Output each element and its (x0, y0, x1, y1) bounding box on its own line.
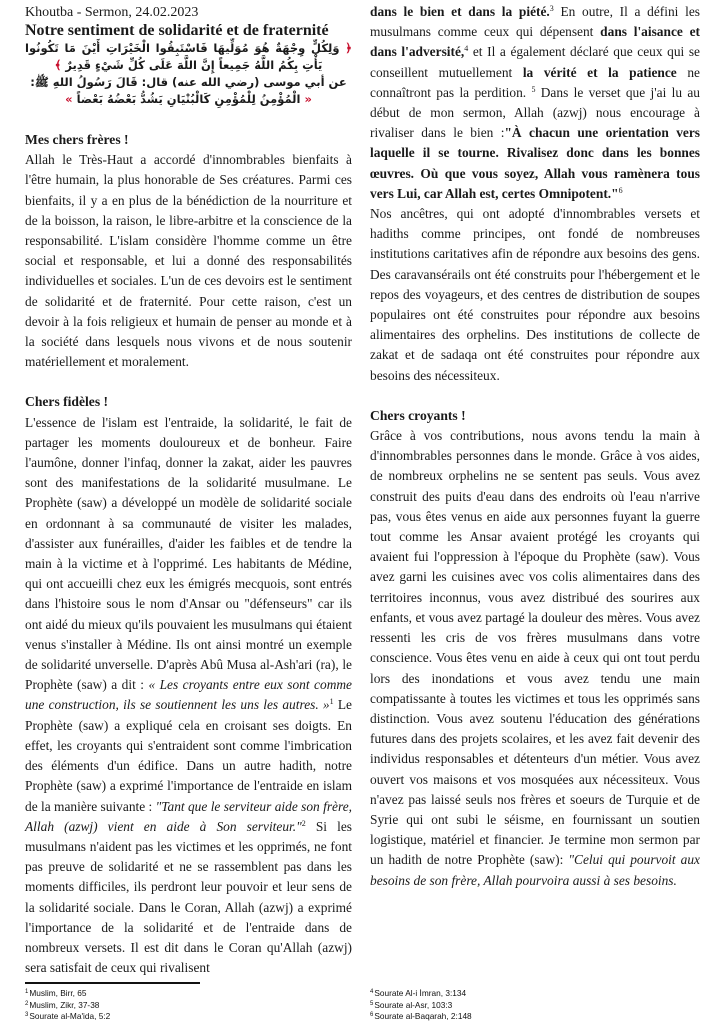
footnote-separator (25, 982, 200, 984)
section-heading-1: Mes chers frères ! (25, 130, 352, 150)
footnote-3: 3Sourate al-Ma'ida, 5:2 (25, 1011, 110, 1023)
emphasis-verite-patience: la vérité et la patience (523, 65, 677, 80)
section-3-paragraph: Grâce à vos contributions, nous avons te… (370, 426, 700, 891)
section-2-paragraph: L'essence de l'islam est l'entraide, la … (25, 413, 352, 979)
sermon-page: Khoutba - Sermon, 24.02.2023 Notre senti… (0, 0, 724, 1024)
text-run: Si les musulmans n'aident pas les victim… (25, 819, 352, 975)
section-heading-2: Chers fidèles ! (25, 392, 352, 412)
document-title: Notre sentiment de solidarité et de frat… (25, 22, 352, 40)
footnote-text: Muslim, Zikr, 37-38 (29, 1000, 99, 1010)
section-2-continued: dans le bien et dans la piété.3 En outre… (370, 2, 700, 204)
footnotes-right: 4Sourate Al-i İmran, 3:134 5Sourate al-A… (370, 988, 472, 1023)
footnote-text: Sourate Al-i İmran, 3:134 (374, 988, 466, 998)
footnote-4: 4Sourate Al-i İmran, 3:134 (370, 988, 472, 1000)
footnote-number: 6 (370, 1012, 373, 1018)
footnote-text: Sourate al-Asr, 103:3 (374, 1000, 452, 1010)
footnote-5: 5Sourate al-Asr, 103:3 (370, 1000, 472, 1012)
footnote-number: 2 (25, 1001, 28, 1007)
footnote-number: 3 (25, 1012, 28, 1018)
verse-bracket-close: ﴾ (55, 58, 62, 72)
footnote-ref-6[interactable]: 6 (619, 186, 623, 195)
text-run: Grâce à vos contributions, nous avons te… (370, 428, 700, 867)
hadith-intro: عن أبي موسى (رضي الله عنه) قال: قَالَ رَ… (25, 74, 352, 91)
footnote-number: 4 (370, 989, 373, 995)
section-heading-3: Chers croyants ! (370, 406, 700, 426)
section-1-paragraph: Allah le Très-Haut a accordé d'innombrab… (25, 150, 352, 372)
verse-text: وَلِكُلٍّ وِجْهَةٌ هُوَ مُوَلِّيهَا فَاس… (25, 41, 339, 72)
hadith-text: الْمُؤْمِنُ لِلْمُؤْمِنِ كَالْبُنْيَانِ … (77, 92, 301, 106)
footnote-1: 1Muslim, Birr, 65 (25, 988, 110, 1000)
footnote-number: 1 (25, 989, 28, 995)
footnote-text: Sourate al-Baqarah, 2:148 (374, 1011, 471, 1021)
verse-bracket-open: ﴿ (345, 41, 352, 55)
document-header: Khoutba - Sermon, 24.02.2023 (25, 4, 352, 21)
hadith-quote-close: » (65, 92, 72, 106)
text-run: L'essence de l'islam est l'entraide, la … (25, 415, 352, 693)
emphasis-bien-piete: dans le bien et dans la piété. (370, 4, 550, 19)
text-run: Le Prophète (saw) a expliqué cela en cro… (25, 697, 352, 813)
footnote-number: 5 (370, 1001, 373, 1007)
ancestors-paragraph: Nos ancêtres, qui ont adopté d'innombrab… (370, 204, 700, 386)
hadith-quote-open: « (304, 92, 311, 106)
footnote-2: 2Muslim, Zikr, 37-38 (25, 1000, 110, 1012)
footnote-text: Muslim, Birr, 65 (29, 988, 86, 998)
footnote-text: Sourate al-Ma'ida, 5:2 (29, 1011, 110, 1021)
footnotes-left: 1Muslim, Birr, 65 2Muslim, Zikr, 37-38 3… (25, 988, 110, 1023)
footnote-6: 6Sourate al-Baqarah, 2:148 (370, 1011, 472, 1023)
arabic-verse: ﴿ وَلِكُلٍّ وِجْهَةٌ هُوَ مُوَلِّيهَا فَ… (25, 40, 352, 74)
arabic-hadith: « الْمُؤْمِنُ لِلْمُؤْمِنِ كَالْبُنْيَان… (25, 91, 352, 108)
left-column: Khoutba - Sermon, 24.02.2023 Notre senti… (25, 0, 352, 978)
right-column: dans le bien et dans la piété.3 En outre… (370, 0, 700, 891)
